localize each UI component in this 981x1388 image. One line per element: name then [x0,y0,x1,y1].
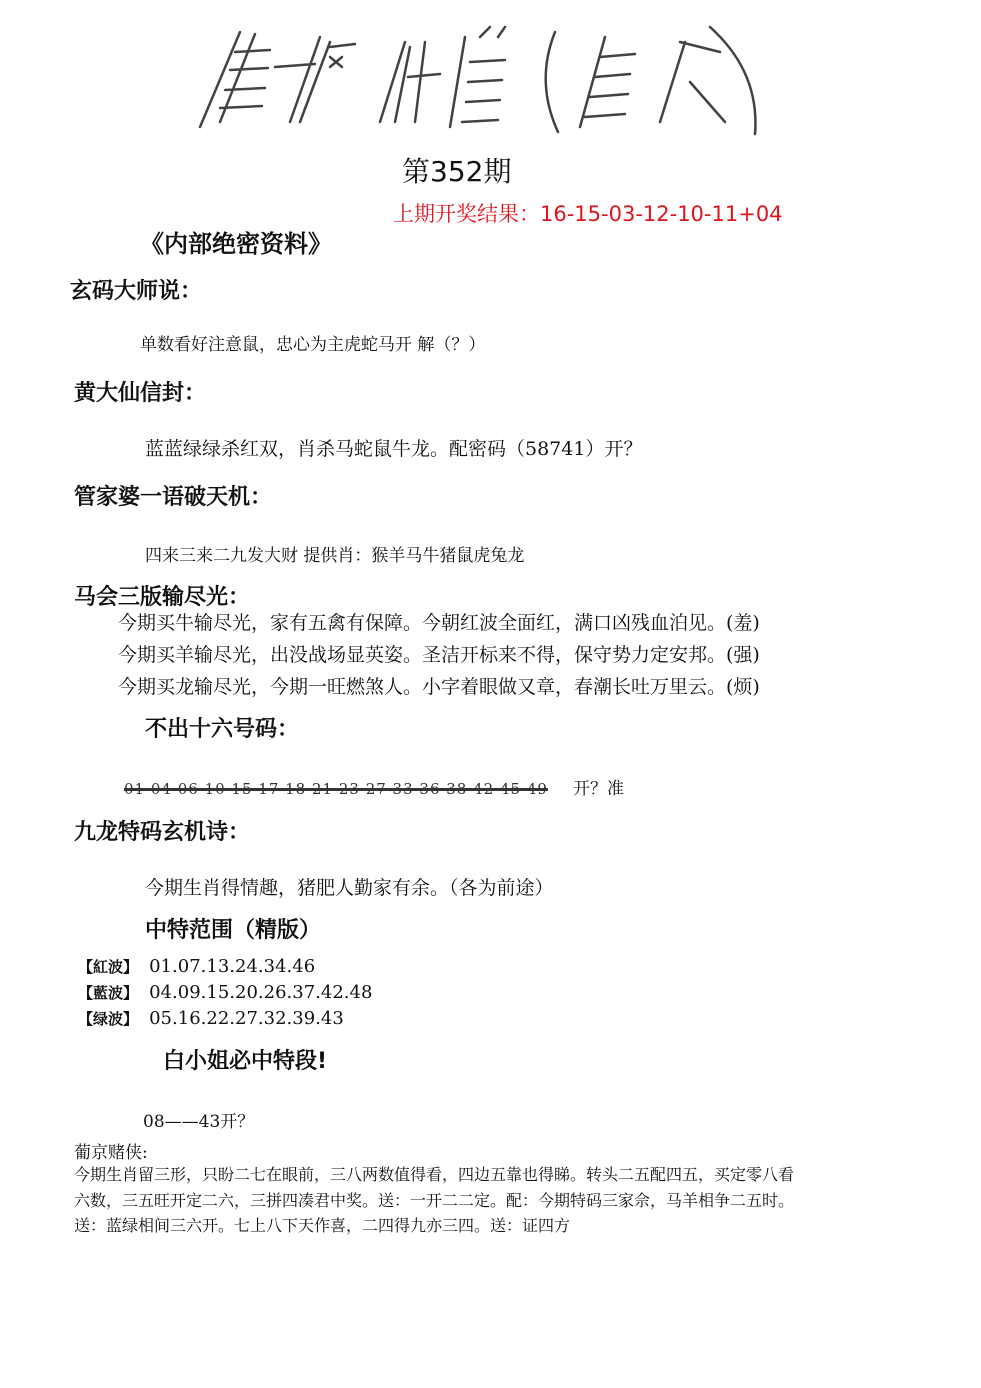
last-result-value: 16-15-03-12-10-11+04 [540,202,783,226]
section-text-xuanma: 单数看好注意鼠，忠心为主虎蛇马开 解（？） [140,330,485,355]
pujing-line: 送：蓝绿相间三六开。七上八下天作喜，二四得九亦三四。送：证四方 [74,1213,570,1236]
wave-label: 【藍波】 [78,984,138,1002]
document-subtitle: 《内部绝密资料》 [140,224,332,259]
section-text-baixiaojie: 08——43开？ [143,1107,254,1132]
wave-numbers: 05.16.22.27.32.39.43 [149,1008,344,1029]
wave-numbers: 01.07.13.24.34.46 [149,956,315,977]
section-heading-huangdaxian: 黄大仙信封： [74,376,206,407]
poem-line: 今期买龙输尽光，今期一旺燃煞人。小字着眼做又章，春潮长吐万里云。(烦) [118,672,760,699]
section-heading-xuanma: 玄码大师说： [70,274,202,305]
banner-handwritten-graphic [180,22,780,137]
pujing-line: 今期生肖留三形，只盼二七在眼前，三八两数值得看，四边五靠也得睇。转头二五配四五，… [74,1162,794,1185]
poem-line: 今期买羊输尽光，出没战场显英姿。圣洁开标来不得，保守势力定安邦。(强) [118,640,760,667]
last-result: 上期开奖结果：16-15-03-12-10-11+04 [393,198,783,228]
section-heading-jiulong: 九龙特码玄机诗： [74,815,250,846]
section-heading-guanjiapo: 管家婆一语破天机： [74,480,272,511]
section-heading-zhongte: 中特范围（精版） [145,913,321,944]
section-heading-mahui: 马会三版输尽光： [74,580,250,611]
banner-title [180,22,780,137]
section-text-huangdaxian: 蓝蓝绿绿杀红双，肖杀马蛇鼠牛龙。配密码（58741）开？ [145,434,642,461]
excluded-numbers: 01 04 06 10 15 17 18 21 23 27 33 36 38 4… [124,780,548,798]
wave-label: 【紅波】 [78,958,138,976]
excluded-numbers-row: 01 04 06 10 15 17 18 21 23 27 33 36 38 4… [124,774,624,799]
issue-number: 第352期 [402,150,511,190]
section-heading-pujing: 葡京赌侠: [74,1138,148,1163]
wave-row-red: 【紅波】 01.07.13.24.34.46 [78,956,315,977]
pujing-line: 六数，三五旺开定二六，三拼四凑君中奖。送：一开二二定。配：今期特码三家佘，马羊相… [74,1188,794,1211]
section-heading-buchu: 不出十六号码： [145,712,299,743]
section-heading-baixiaojie: 白小姐必中特段! [163,1044,327,1075]
section-text-jiulong: 今期生肖得情趣，猪肥人勤家有余。（各为前途） [145,873,554,900]
section-text-guanjiapo: 四来三来二九发大财 提供肖：猴羊马牛猪鼠虎兔龙 [145,541,524,566]
wave-row-green: 【绿波】 05.16.22.27.32.39.43 [78,1008,344,1029]
wave-row-blue: 【藍波】 04.09.15.20.26.37.42.48 [78,982,372,1003]
wave-numbers: 04.09.15.20.26.37.42.48 [149,982,372,1003]
wave-label: 【绿波】 [78,1010,138,1028]
last-result-label: 上期开奖结果： [393,202,540,226]
excluded-suffix: 开？准 [573,779,624,799]
poem-line: 今期买牛输尽光，家有五禽有保障。今朝红波全面红，满口凶残血泊见。(羞) [118,608,760,635]
